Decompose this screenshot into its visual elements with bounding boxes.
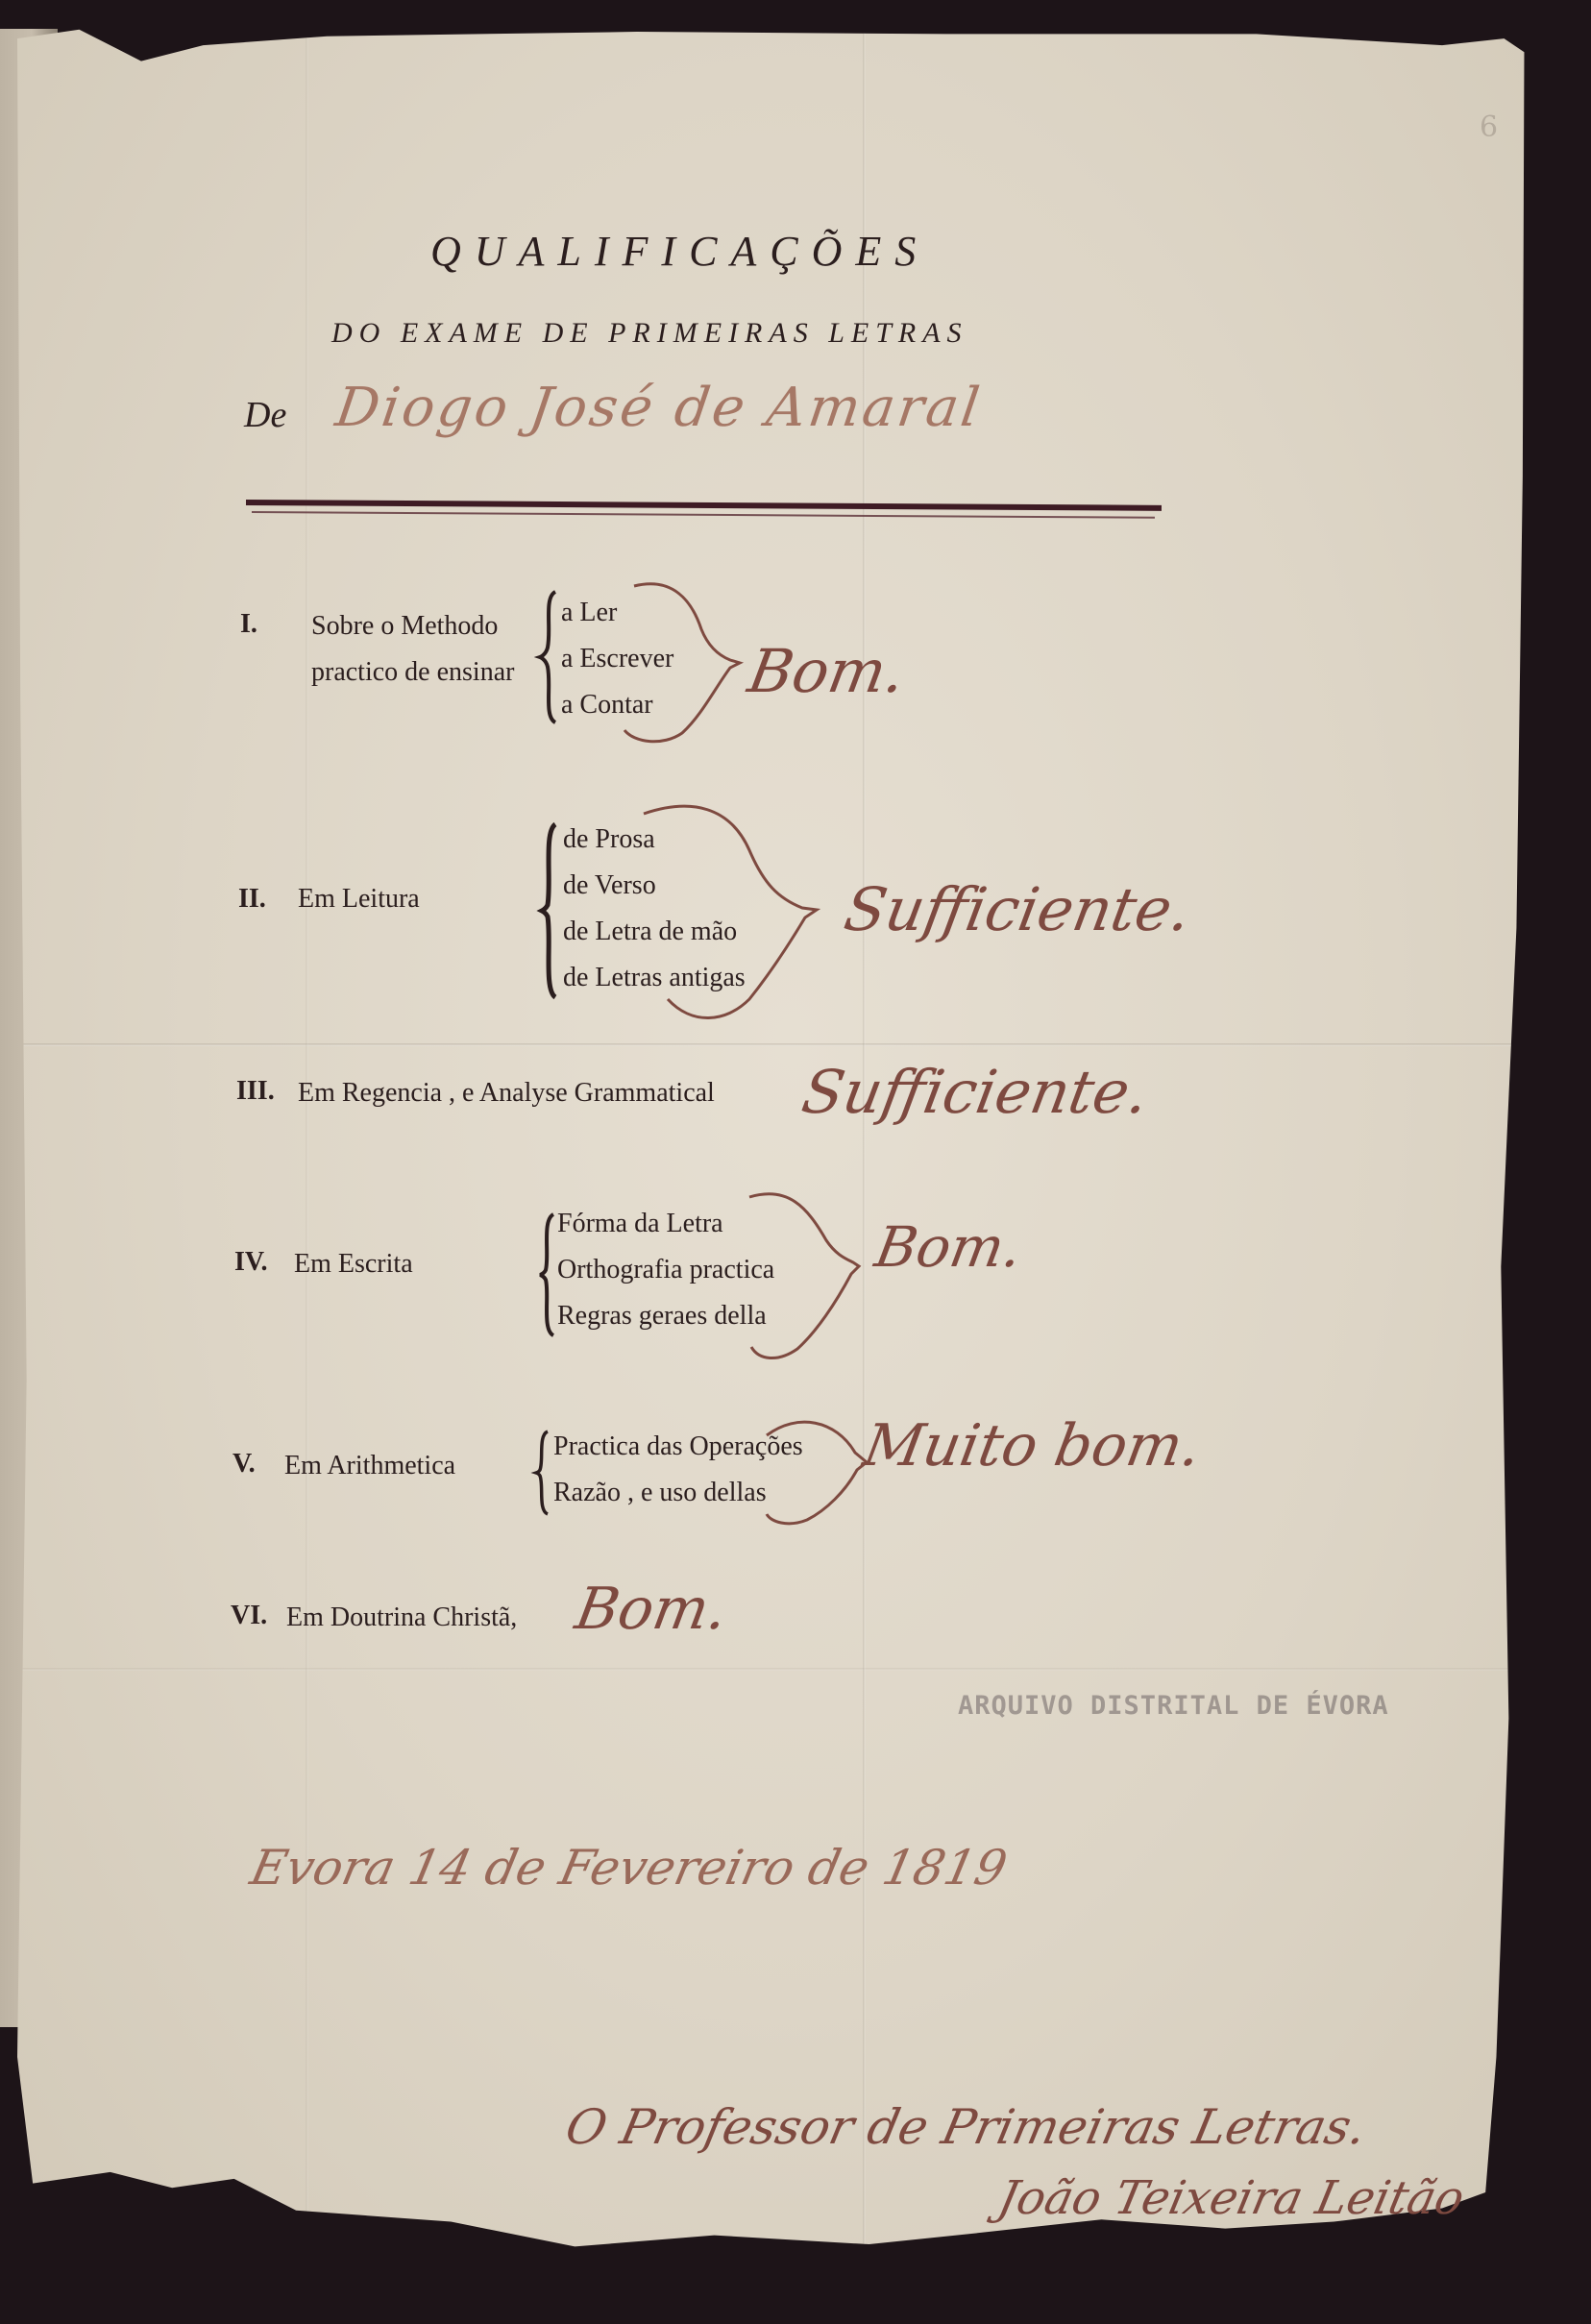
grade-handwritten: Muito bom. [859, 1412, 1206, 1480]
date-line-handwritten: Evora 14 de Fevereiro de 1819 [246, 1840, 1012, 1896]
section-label-line: Sobre o Methodo [311, 611, 498, 642]
grade-handwritten: Bom. [571, 1576, 733, 1643]
sub-item: Razão , e uso dellas [553, 1478, 767, 1508]
section-numeral: VI. [231, 1601, 267, 1631]
grade-handwritten: Sufficiente. [797, 1057, 1155, 1127]
curly-brace-icon [540, 822, 563, 999]
handwritten-brace-icon [730, 1187, 874, 1370]
section-label-line: Em Regencia , e Analyse Grammatical [298, 1078, 715, 1109]
document-sheet [17, 25, 1566, 2283]
signature-name-handwritten: João Teixeira Leitão [993, 2171, 1469, 2225]
section-numeral: V. [233, 1449, 256, 1480]
section-label-line: Em Leitura [298, 884, 420, 915]
document-subtitle: DO EXAME DE PRIMEIRAS LETRAS [331, 317, 968, 350]
folio-number: 6 [1480, 110, 1498, 144]
grade-handwritten: Bom. [870, 1214, 1027, 1280]
sub-item: Fórma da Letra [557, 1209, 723, 1239]
fold-crease-horizontal [17, 1668, 1566, 1671]
document-title: QUALIFICAÇÕES [430, 227, 929, 276]
section-label-line: practico de ensinar [311, 657, 514, 688]
signature-title-handwritten: O Professor de Primeiras Letras. [561, 2099, 1372, 2155]
fold-crease-horizontal [17, 1043, 1566, 1046]
fold-crease-vertical [863, 25, 866, 2283]
curly-brace-icon [538, 590, 561, 724]
section-numeral: IV. [234, 1247, 268, 1278]
section-numeral: III. [236, 1076, 275, 1107]
handwritten-brace-icon [596, 581, 749, 749]
student-name-handwritten: Diogo José de Amaral [331, 377, 986, 439]
fold-crease-vertical [306, 25, 308, 2283]
de-label: De [244, 394, 286, 436]
archive-stamp: ARQUIVO DISTRITAL DE ÉVORA [958, 1691, 1389, 1721]
curly-brace-icon [538, 1212, 559, 1337]
section-label-line: Em Arithmetica [284, 1451, 455, 1481]
section-label-line: Em Escrita [294, 1249, 413, 1280]
grade-handwritten: Bom. [744, 636, 911, 706]
grade-handwritten: Sufficiente. [840, 874, 1197, 944]
curly-brace-icon [534, 1430, 553, 1516]
section-numeral: II. [238, 884, 266, 915]
handwritten-brace-icon [634, 802, 865, 1033]
section-label-line: Em Doutrina Christã, [286, 1602, 517, 1633]
section-numeral: I. [240, 609, 257, 640]
